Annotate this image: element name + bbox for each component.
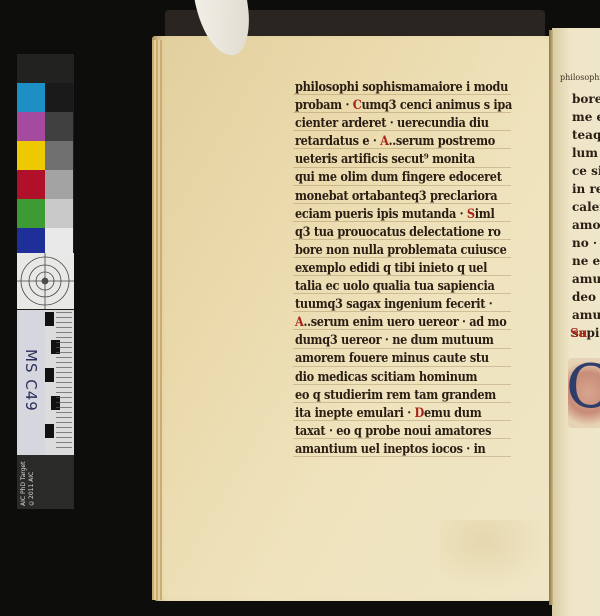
ruling-line (293, 293, 511, 294)
text-line: bore (572, 90, 600, 108)
ruling-line (293, 402, 511, 403)
ruler-block (45, 368, 54, 382)
ruling-line (293, 148, 511, 149)
target-footer-text: AIC PhD Target ©2011 AIC (20, 460, 70, 506)
text-line: amu (572, 306, 600, 324)
ruling-line (293, 438, 511, 439)
recto-text-block: boreme erteaqlumce siin recalenamono ·ne… (572, 90, 600, 342)
footer-line: AIC PhD Target (20, 460, 28, 506)
ruler-ticks (56, 312, 72, 452)
water-stain (440, 520, 550, 590)
ruling-line (293, 311, 511, 312)
ruling-line (293, 420, 511, 421)
illuminated-initial-letter: C (566, 352, 600, 422)
ruling-line (293, 257, 511, 258)
ruling-line (293, 130, 511, 131)
recto-running-head: philosophi filoso (560, 73, 600, 82)
patch-gray (45, 112, 73, 141)
ruling-line (293, 239, 511, 240)
text-line: in re (572, 180, 600, 198)
ruling-line (293, 275, 511, 276)
ruling-line (293, 221, 511, 222)
rubricated-initial: D (415, 405, 425, 420)
text-line: teaq (572, 126, 600, 144)
rubricated-initial: C (353, 97, 362, 112)
text-line: amo (572, 216, 600, 234)
bullseye-target-icon (17, 253, 74, 309)
text-line: amu (572, 270, 600, 288)
text-line: me er (572, 108, 600, 126)
patch-gray (45, 170, 73, 199)
patch-yellow (17, 141, 45, 170)
text-line: deo (572, 288, 600, 306)
text-line: no · (572, 234, 600, 252)
patch-gray (45, 141, 73, 170)
ruling-line (293, 94, 511, 95)
text-line: ne eu (572, 252, 600, 270)
ruling-line (293, 329, 511, 330)
patch-cyan (17, 83, 45, 112)
recto-rubric: Su (570, 326, 587, 340)
page-fore-edge (152, 40, 162, 600)
patch-gray (45, 83, 73, 112)
text-line: calen (572, 198, 600, 216)
text-line: lum (572, 144, 600, 162)
ruler-block (45, 424, 54, 438)
ruling-line (293, 185, 511, 186)
patch-black (17, 54, 74, 83)
patch-red (17, 170, 45, 199)
patch-green (17, 199, 45, 228)
ruling-line (293, 366, 511, 367)
ruling-line (293, 112, 511, 113)
book-gutter (549, 30, 553, 605)
ruling-line (293, 348, 511, 349)
patch-gray (45, 199, 73, 228)
ruling-line (293, 384, 511, 385)
specimen-label-text: MS C49 (17, 330, 45, 430)
rubricated-initial: A (380, 133, 388, 148)
patch-magenta (17, 112, 45, 141)
ruling-line (293, 203, 511, 204)
footer-line: ©2011 AIC (28, 460, 36, 506)
ruling-line (293, 167, 511, 168)
rubricated-initial: S (467, 206, 475, 221)
ruling-line (293, 456, 511, 457)
text-line: ce si (572, 162, 600, 180)
ruler-block (45, 312, 54, 326)
